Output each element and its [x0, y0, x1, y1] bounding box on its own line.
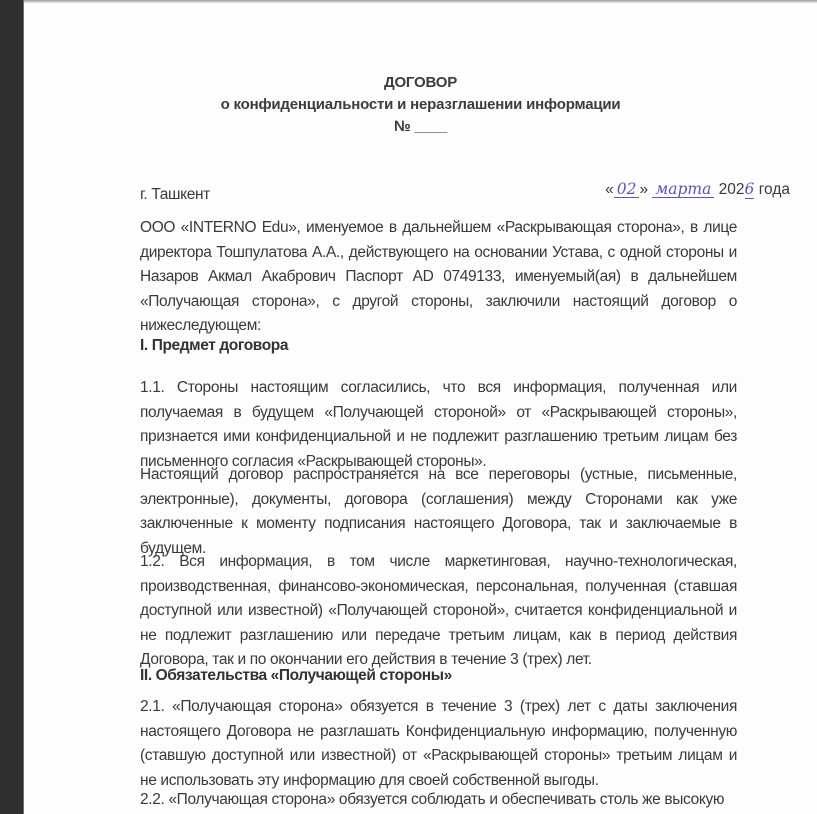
document-page: ДОГОВОР о конфиденциальности и неразглаш…: [23, 0, 817, 814]
preamble-paragraph: ООО «INTERNO Edu», именуемое в дальнейше…: [140, 216, 737, 339]
section-1-heading: I. Предмет договора: [140, 337, 288, 355]
handwritten-month: марта: [652, 181, 714, 198]
contract-date: «02» марта 2026 года: [605, 180, 790, 199]
handwritten-year-digit: 6: [745, 180, 755, 199]
date-close-quote: »: [639, 181, 648, 198]
date-year-suffix: года: [759, 181, 790, 198]
date-year-prefix: 202: [719, 181, 745, 198]
city-label: г. Ташкент: [140, 183, 210, 208]
document-number: № ____: [24, 116, 817, 138]
scan-viewer: ДОГОВОР о конфиденциальности и неразглаш…: [0, 0, 817, 814]
handwritten-day: 02: [614, 181, 640, 198]
clause-1-1: 1.1. Стороны настоящим согласились, что …: [140, 376, 737, 474]
page-top-edge: [24, 0, 817, 3]
clause-2-1: 2.1. «Получающая сторона» обязуется в те…: [140, 695, 737, 793]
clause-1-1-scope: Настоящий договор распространяется на вс…: [140, 463, 737, 561]
section-2-heading: II. Обязательства «Получающей стороны»: [140, 667, 452, 685]
document-subtitle: о конфиденциальности и неразглашении инф…: [24, 94, 817, 116]
document-title: ДОГОВОР: [24, 72, 817, 94]
clause-2-2: 2.2. «Получающая сторона» обязуется собл…: [140, 788, 737, 813]
date-open-quote: «: [605, 181, 614, 198]
clause-1-2: 1.2. Вся информация, в том числе маркети…: [140, 550, 737, 673]
title-block: ДОГОВОР о конфиденциальности и неразглаш…: [24, 72, 817, 138]
